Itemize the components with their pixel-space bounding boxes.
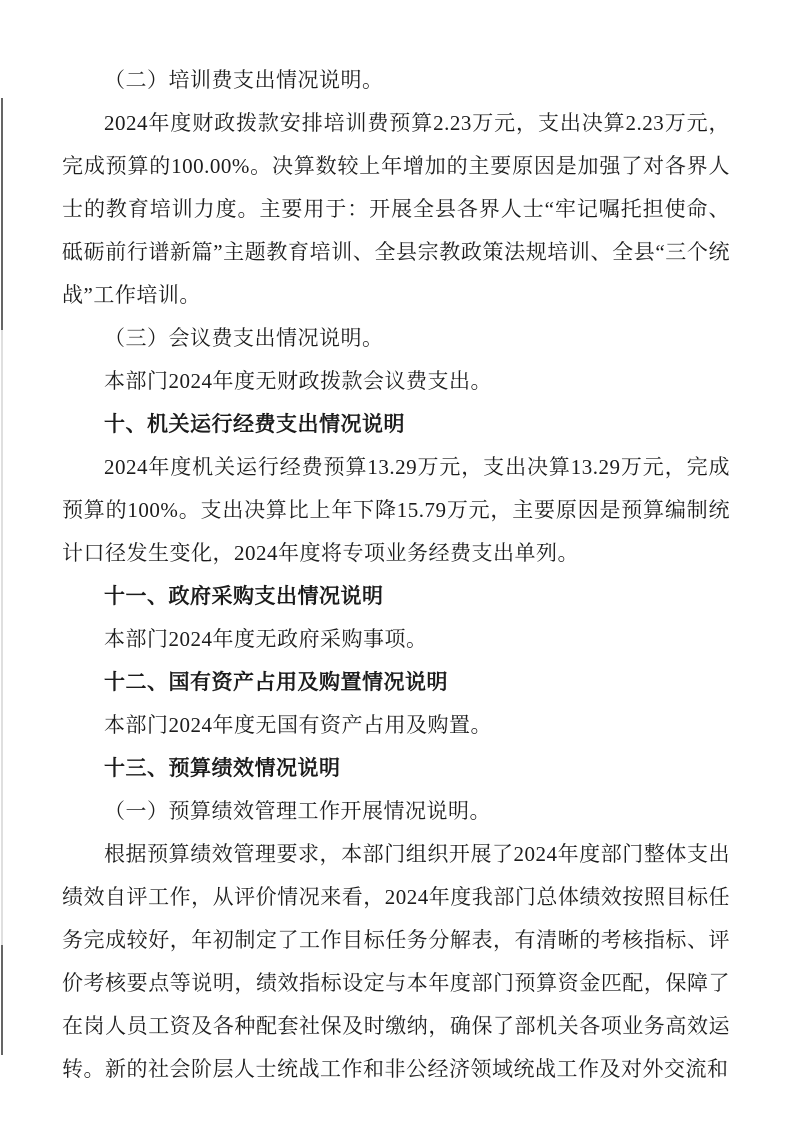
- section-heading-state-owned-assets: 十二、国有资产占用及购置情况说明: [62, 661, 730, 704]
- subsection-heading-training-fees: （二）培训费支出情况说明。: [62, 59, 730, 102]
- paragraph-state-owned-assets: 本部门2024年度无国有资产占用及购置。: [62, 704, 730, 747]
- section-heading-budget-performance: 十三、预算绩效情况说明: [62, 747, 730, 790]
- paragraph-training-fees: 2024年度财政拨款安排培训费预算2.23万元，支出决算2.23万元，完成预算的…: [62, 102, 730, 317]
- paragraph-government-procurement: 本部门2024年度无政府采购事项。: [62, 618, 730, 661]
- subsection-heading-meeting-fees: （三）会议费支出情况说明。: [62, 317, 730, 360]
- subsection-heading-performance-management: （一）预算绩效管理工作开展情况说明。: [62, 790, 730, 833]
- scan-artifact-line: [1, 330, 3, 945]
- section-heading-government-procurement: 十一、政府采购支出情况说明: [62, 575, 730, 618]
- scan-artifact-line: [1, 945, 3, 1055]
- paragraph-performance-management: 根据预算绩效管理要求，本部门组织开展了2024年度部门整体支出绩效自评工作，从评…: [62, 833, 730, 1091]
- section-heading-operating-expenses: 十、机关运行经费支出情况说明: [62, 403, 730, 446]
- paragraph-meeting-fees: 本部门2024年度无财政拨款会议费支出。: [62, 360, 730, 403]
- document-page: （二）培训费支出情况说明。 2024年度财政拨款安排培训费预算2.23万元，支出…: [0, 0, 793, 1122]
- document-body: （二）培训费支出情况说明。 2024年度财政拨款安排培训费预算2.23万元，支出…: [62, 59, 730, 1091]
- scan-artifact-line: [1, 98, 3, 330]
- paragraph-operating-expenses: 2024年度机关运行经费预算13.29万元，支出决算13.29万元，完成预算的1…: [62, 446, 730, 575]
